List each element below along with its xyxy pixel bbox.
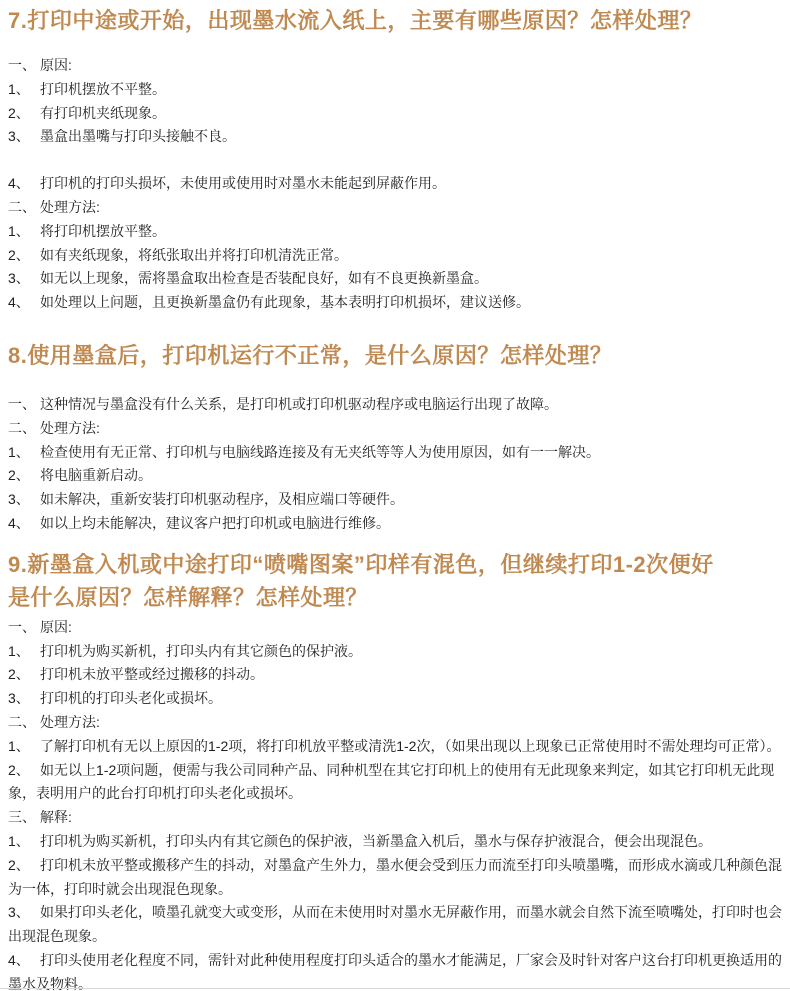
faq-content: 7.打印中途或开始，出现墨水流入纸上，主要有哪些原因？怎样处理？ 一、原因: 1… <box>0 0 790 991</box>
list-marker: 4、 <box>8 172 40 196</box>
list-marker: 2、 <box>8 244 40 268</box>
list-text: 打印机未放平整或搬移产生的抖动，对墨盒产生外力，墨水便会受到压力而流至打印头喷墨… <box>8 857 782 897</box>
list-marker: 二、 <box>8 196 40 220</box>
faq-line: 二、处理方法: <box>8 196 788 220</box>
list-text: 打印机摆放不平整。 <box>40 81 166 97</box>
list-text: 处理方法: <box>40 420 100 436</box>
list-marker: 一、 <box>8 54 40 78</box>
list-marker: 2、 <box>8 854 40 878</box>
list-text: 打印机的打印头老化或损坏。 <box>40 690 222 706</box>
faq-line: 2、有打印机夹纸现象。 <box>8 102 788 126</box>
list-marker: 二、 <box>8 417 40 441</box>
list-text: 了解打印机有无以上原因的1-2项，将打印机放平整或清洗1-2次，（如果出现以上现… <box>40 738 780 754</box>
list-text: 如果打印头老化，喷墨孔就变大或变形，从而在未使用时对墨水无屏蔽作用，而墨水就会自… <box>8 904 782 944</box>
faq-line: 4、打印机的打印头损坏，未使用或使用时对墨水未能起到屏蔽作用。 <box>8 172 788 196</box>
list-text: 将电脑重新启动。 <box>40 467 152 483</box>
list-text: 打印机为购买新机，打印头内有其它颜色的保护液。 <box>40 643 362 659</box>
faq-line: 一、原因: <box>8 54 788 78</box>
faq-line: 2、打印机未放平整或搬移产生的抖动，对墨盒产生外力，墨水便会受到压力而流至打印头… <box>8 854 788 902</box>
list-marker: 4、 <box>8 949 40 973</box>
faq-line: 1、打印机摆放不平整。 <box>8 78 788 102</box>
list-marker: 3、 <box>8 488 40 512</box>
faq-line: 1、打印机为购买新机，打印头内有其它颜色的保护液，当新墨盒入机后，墨水与保存护液… <box>8 830 788 854</box>
faq-line: 1、了解打印机有无以上原因的1-2项，将打印机放平整或清洗1-2次，（如果出现以… <box>8 735 788 759</box>
faq-line: 二、处理方法: <box>8 417 788 441</box>
list-marker: 一、 <box>8 393 40 417</box>
faq-line: 3、打印机的打印头老化或损坏。 <box>8 687 788 711</box>
list-marker: 2、 <box>8 464 40 488</box>
faq-line: 一、这种情况与墨盒没有什么关系，是打印机或打印机驱动程序或电脑运行出现了故障。 <box>8 393 788 417</box>
list-text: 如无以上1-2项问题，便需与我公司同种产品、同种机型在其它打印机上的使用有无此现… <box>8 762 774 802</box>
list-text: 如有夹纸现象，将纸张取出并将打印机清洗正常。 <box>40 247 348 263</box>
faq-line: 3、墨盒出墨嘴与打印头接触不良。 <box>8 125 788 149</box>
list-marker: 一、 <box>8 616 40 640</box>
faq-line: 2、如有夹纸现象，将纸张取出并将打印机清洗正常。 <box>8 244 788 268</box>
list-text: 如未解决，重新安装打印机驱动程序，及相应端口等硬件。 <box>40 491 404 507</box>
faq-line: 3、如未解决，重新安装打印机驱动程序，及相应端口等硬件。 <box>8 488 788 512</box>
list-marker: 3、 <box>8 125 40 149</box>
list-marker: 3、 <box>8 687 40 711</box>
list-marker: 1、 <box>8 220 40 244</box>
faq-line: 4、如以上均未能解决，建议客户把打印机或电脑进行维修。 <box>8 512 788 536</box>
faq-line: 二、处理方法: <box>8 711 788 735</box>
list-marker: 3、 <box>8 901 40 925</box>
list-text: 处理方法: <box>40 714 100 730</box>
list-marker: 4、 <box>8 291 40 315</box>
faq-line: 1、打印机为购买新机，打印头内有其它颜色的保护液。 <box>8 640 788 664</box>
list-marker: 4、 <box>8 512 40 536</box>
list-marker: 1、 <box>8 735 40 759</box>
list-marker: 3、 <box>8 267 40 291</box>
list-text: 原因: <box>40 57 72 73</box>
list-marker: 三、 <box>8 806 40 830</box>
list-text: 打印机的打印头损坏，未使用或使用时对墨水未能起到屏蔽作用。 <box>40 175 446 191</box>
list-marker: 二、 <box>8 711 40 735</box>
bottom-divider <box>0 988 790 989</box>
faq-line: 3、如果打印头老化，喷墨孔就变大或变形，从而在未使用时对墨水无屏蔽作用，而墨水就… <box>8 901 788 949</box>
list-text: 打印机为购买新机，打印头内有其它颜色的保护液，当新墨盒入机后，墨水与保存护液混合… <box>40 833 712 849</box>
faq-document: { "colors": { "background": "#ffffff", "… <box>0 0 790 991</box>
list-text: 打印头使用老化程度不同，需针对此种使用程度打印头适合的墨水才能满足，厂家会及时针… <box>8 952 782 991</box>
list-text: 检查使用有无正常、打印机与电脑线路连接及有无夹纸等等人为使用原因，如有一一解决。 <box>40 444 600 460</box>
list-marker: 2、 <box>8 102 40 126</box>
faq-question-7: 7.打印中途或开始，出现墨水流入纸上，主要有哪些原因？怎样处理？ <box>8 6 788 36</box>
faq-line: 一、原因: <box>8 616 788 640</box>
list-marker: 2、 <box>8 663 40 687</box>
faq-line: 3、如无以上现象，需将墨盒取出检查是否装配良好，如有不良更换新墨盒。 <box>8 267 788 291</box>
list-marker: 1、 <box>8 640 40 664</box>
list-marker: 1、 <box>8 78 40 102</box>
list-text: 有打印机夹纸现象。 <box>40 105 166 121</box>
faq-line: 1、检查使用有无正常、打印机与电脑线路连接及有无夹纸等等人为使用原因，如有一一解… <box>8 441 788 465</box>
list-marker: 2、 <box>8 759 40 783</box>
faq-line: 2、将电脑重新启动。 <box>8 464 788 488</box>
list-text: 将打印机摆放平整。 <box>40 223 166 239</box>
faq-line: 2、打印机未放平整或经过搬移的抖动。 <box>8 663 788 687</box>
list-text: 打印机未放平整或经过搬移的抖动。 <box>40 666 264 682</box>
faq-line: 4、如处理以上问题，且更换新墨盒仍有此现象，基本表明打印机损坏，建议送修。 <box>8 291 788 315</box>
list-text: 处理方法: <box>40 199 100 215</box>
list-text: 解释: <box>40 809 72 825</box>
list-marker: 1、 <box>8 830 40 854</box>
faq-question-9: 9.新墨盒入机或中途打印“喷嘴图案”印样有混色，但继续打印1-2次便好 是什么原… <box>8 548 788 614</box>
list-text: 如处理以上问题，且更换新墨盒仍有此现象，基本表明打印机损坏，建议送修。 <box>40 294 530 310</box>
list-text: 原因: <box>40 619 72 635</box>
faq-line: 1、将打印机摆放平整。 <box>8 220 788 244</box>
list-text: 墨盒出墨嘴与打印头接触不良。 <box>40 128 236 144</box>
list-marker: 1、 <box>8 441 40 465</box>
faq-line: 三、解释: <box>8 806 788 830</box>
list-text: 如无以上现象，需将墨盒取出检查是否装配良好，如有不良更换新墨盒。 <box>40 270 488 286</box>
faq-line: 2、如无以上1-2项问题，便需与我公司同种产品、同种机型在其它打印机上的使用有无… <box>8 759 788 807</box>
faq-question-8: 8.使用墨盒后，打印机运行不正常，是什么原因？怎样处理？ <box>8 341 788 371</box>
list-text: 这种情况与墨盒没有什么关系，是打印机或打印机驱动程序或电脑运行出现了故障。 <box>40 396 558 412</box>
faq-line: 4、打印头使用老化程度不同，需针对此种使用程度打印头适合的墨水才能满足，厂家会及… <box>8 949 788 991</box>
list-text: 如以上均未能解决，建议客户把打印机或电脑进行维修。 <box>40 515 390 531</box>
